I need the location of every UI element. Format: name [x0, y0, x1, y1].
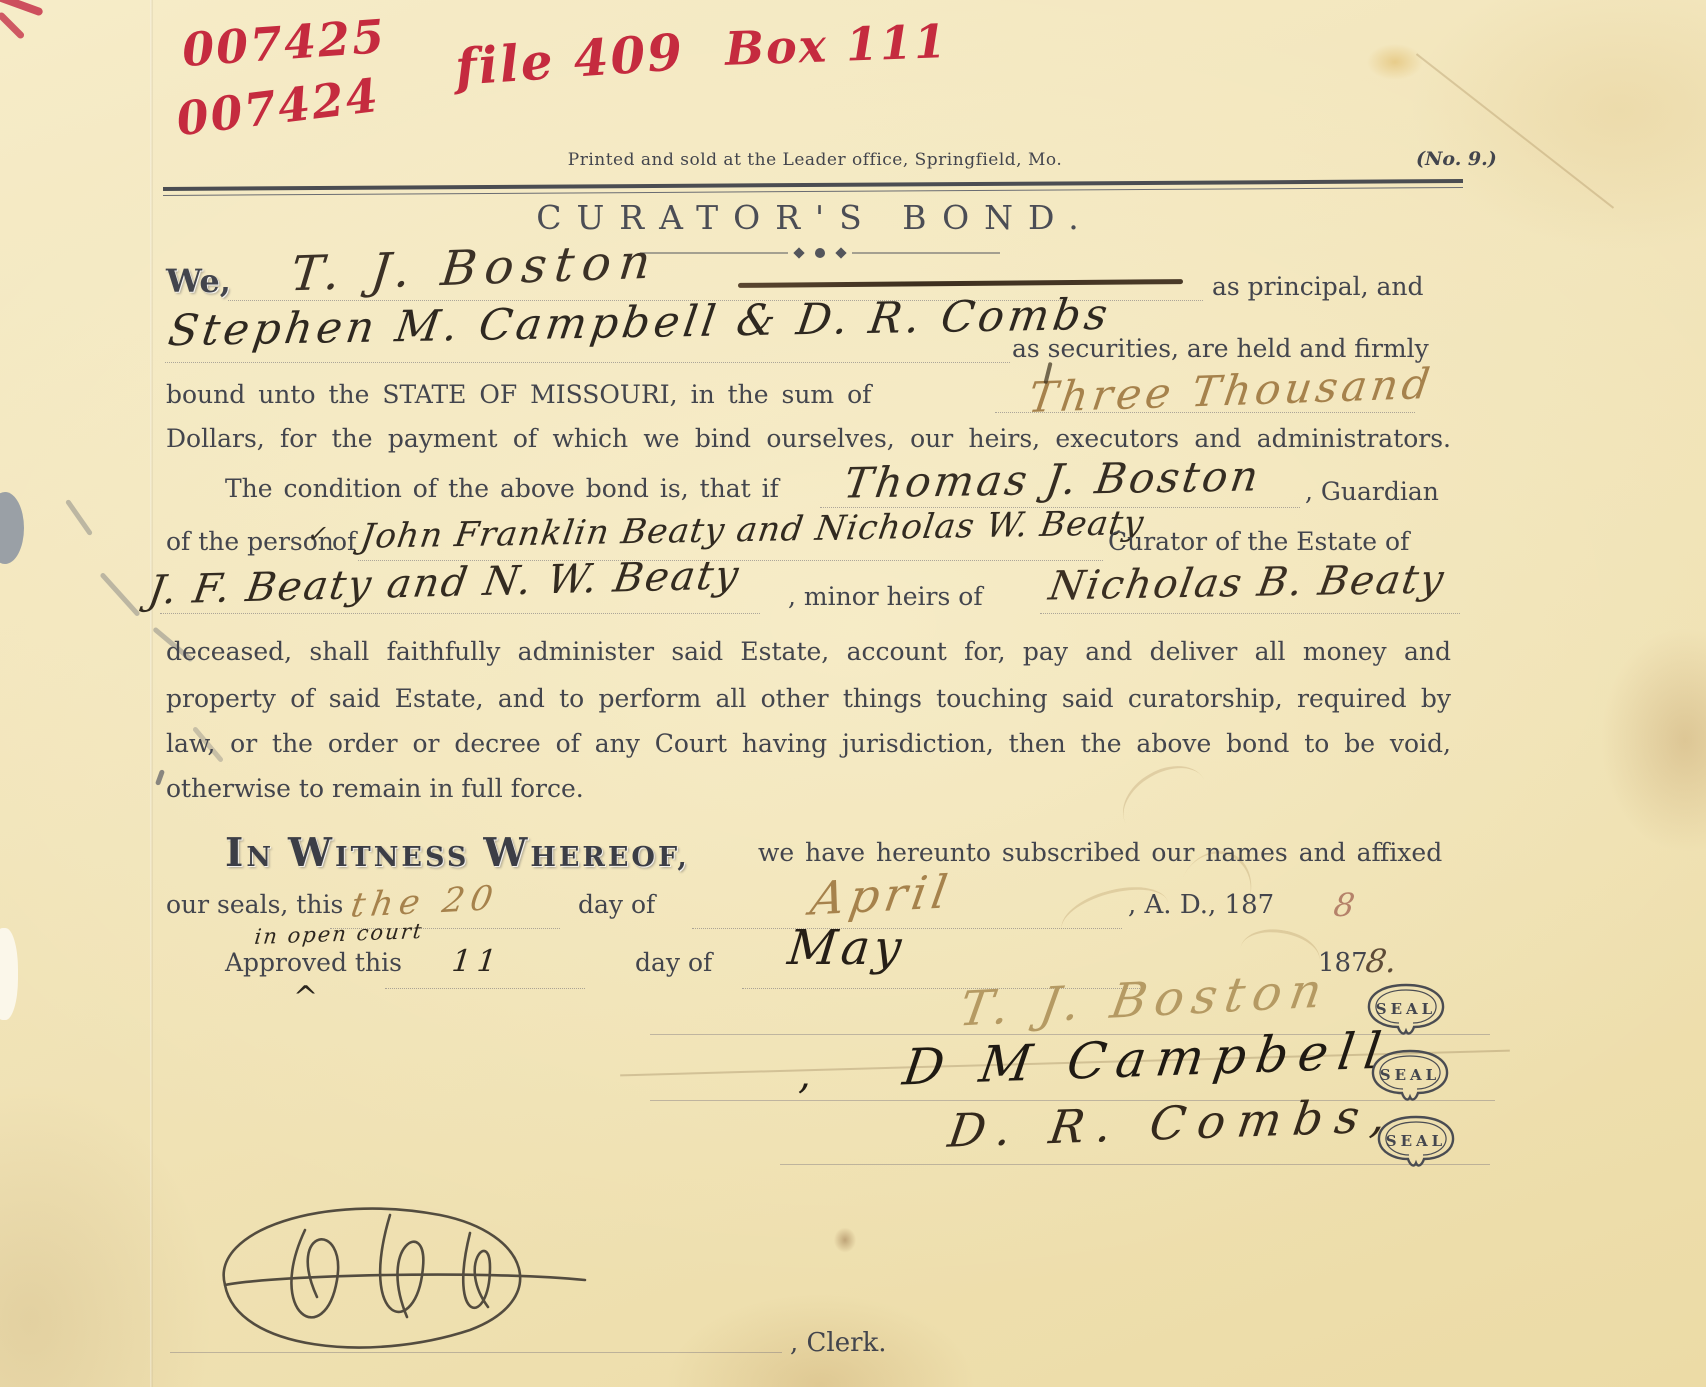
seal-badge-1: SEAL	[1356, 980, 1456, 1044]
dollars-line-text: Dollars, for the payment of which we bin…	[166, 424, 1451, 453]
document-page: 007425 007424 file 409 Box 111 Printed a…	[0, 0, 1706, 1387]
witness-word: In	[225, 830, 274, 876]
inserted-mark: ✓	[306, 520, 326, 548]
clerk-signature-flourish	[185, 1185, 605, 1365]
approval-year-digit-handwritten: 8.	[1363, 942, 1399, 980]
witness-rest-text: we have hereunto subscribed our names an…	[758, 838, 1442, 867]
form-number: (No. 9.)	[1416, 148, 1497, 170]
seal-label: SEAL	[1386, 1132, 1446, 1150]
deceased-name-handwritten: Nicholas B. Beaty	[1046, 557, 1449, 610]
printer-imprint: Printed and sold at the Leader office, S…	[90, 150, 1540, 170]
witness-word: Whereof,	[483, 830, 689, 876]
clerk-label: , Clerk.	[790, 1328, 887, 1358]
seal-badge-2: SEAL	[1360, 1046, 1460, 1110]
bound-line-text: bound unto the STATE OF MISSOURI, in the…	[166, 380, 871, 409]
seal-label: SEAL	[1376, 1000, 1436, 1018]
our-seals-this-text: our seals, this	[166, 890, 343, 919]
day-handwritten: the 20	[348, 878, 502, 926]
seal-label: SEAL	[1380, 1066, 1440, 1084]
signature-comma-mark: ,	[798, 1052, 811, 1098]
approval-day-handwritten: 11	[450, 944, 504, 979]
document-title-text: CURATOR'S BOND.	[536, 198, 1094, 237]
clause-line-4: otherwise to remain in full force.	[166, 774, 584, 803]
document-title: CURATOR'S BOND.	[90, 198, 1540, 237]
curator-of-text: Curator of the Estate of	[1108, 527, 1409, 556]
printer-imprint-text: Printed and sold at the Leader office, S…	[568, 150, 1063, 170]
witness-word: Witness	[288, 830, 469, 876]
of-person-of-text: of	[332, 527, 356, 556]
ad-year-text: , A. D., 187	[1128, 890, 1274, 920]
clause-line-3: law, or the order or decree of any Court…	[166, 729, 1451, 758]
blank-rule	[1040, 613, 1460, 614]
condition-lead-text: The condition of the above bond is, that…	[225, 474, 779, 503]
as-principal-text: as principal, and	[1212, 272, 1424, 301]
clerk-signature-rule	[170, 1352, 782, 1353]
blank-rule	[385, 988, 585, 989]
minor-heirs-text: , minor heirs of	[788, 582, 983, 611]
seal-badge-3: SEAL	[1366, 1112, 1466, 1176]
day-of-text: day of	[578, 890, 655, 919]
we-label: We,	[166, 262, 231, 300]
guardian-suffix-text: , Guardian	[1305, 477, 1439, 506]
insert-caret: ^	[293, 980, 318, 1015]
month-handwritten: April	[807, 864, 956, 925]
blank-rule	[160, 613, 760, 614]
guardian-name-handwritten: Thomas J. Boston	[841, 451, 1264, 507]
approved-this-text: Approved this	[225, 948, 402, 977]
approval-month-handwritten: May	[785, 920, 908, 976]
blank-rule	[165, 362, 1010, 363]
clause-line-1: deceased, shall faithfully administer sa…	[166, 637, 1451, 666]
in-witness-whereof: InWitnessWhereof,	[225, 830, 704, 876]
clause-line-2: property of said Estate, and to perform …	[166, 684, 1451, 713]
as-securities-text: as securities, are held and firmly	[1012, 334, 1429, 363]
archive-box-number: Box 111	[724, 14, 949, 76]
title-divider-ornament	[640, 244, 1000, 262]
approval-day-of-text: day of	[635, 948, 712, 977]
